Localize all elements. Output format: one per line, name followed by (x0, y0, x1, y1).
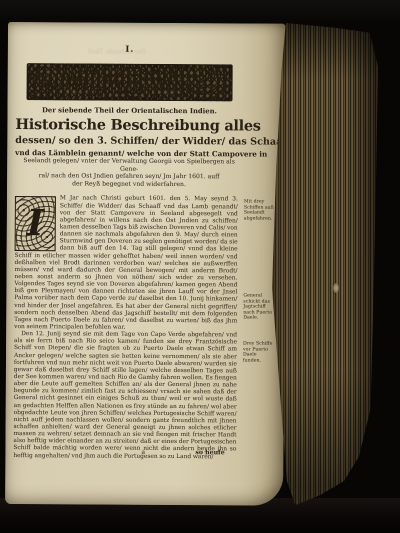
series-header-line: Der siebende Theil der Orientalischen In… (15, 106, 243, 115)
margin-note-1: Mit drey Schiffen auß Seelandt abgefahre… (244, 199, 275, 221)
book-photo-scene: Der siebende Theil I. Der siebende Theil… (0, 0, 400, 533)
book-page: Der siebende Theil I. Der siebende Theil… (5, 22, 286, 506)
subtitle-line-5: der Reyß begegnet vnd widerfahren. (15, 180, 243, 189)
page-content-column: I. Der siebende Theil der Orientalischen… (13, 44, 244, 461)
margin-note-3: Drey Schiffe vor Puerto Daele funden. (243, 341, 274, 363)
fore-edge-nick (333, 283, 339, 293)
body-paragraph-2: Den 12. Junij seynd sie mit dem Tage von… (13, 331, 237, 461)
page-title: Historische Beschreibung alles (15, 116, 243, 134)
book-fore-edge-pages (272, 23, 378, 505)
body-text: I M Jar nach Christi geburt 1601. den 5.… (13, 195, 238, 461)
subtitle-line-1: dessen/ so den 3. Schiffen/ der Widder/ … (15, 135, 243, 147)
background-top-shadow (0, 0, 400, 24)
gathering-signature-mark: a (141, 449, 145, 456)
page-number: I. (16, 44, 244, 55)
margin-note-2: General schickt das Jagtschiff nach Puer… (243, 293, 274, 321)
catchword: so heufe (195, 449, 224, 456)
subtitle-line-3: Seelandt gelegen/ vnter der Verwaltung G… (15, 157, 243, 174)
woodcut-initial-dropcap: I (15, 196, 56, 251)
woodcut-headpiece-ornament (27, 63, 233, 101)
